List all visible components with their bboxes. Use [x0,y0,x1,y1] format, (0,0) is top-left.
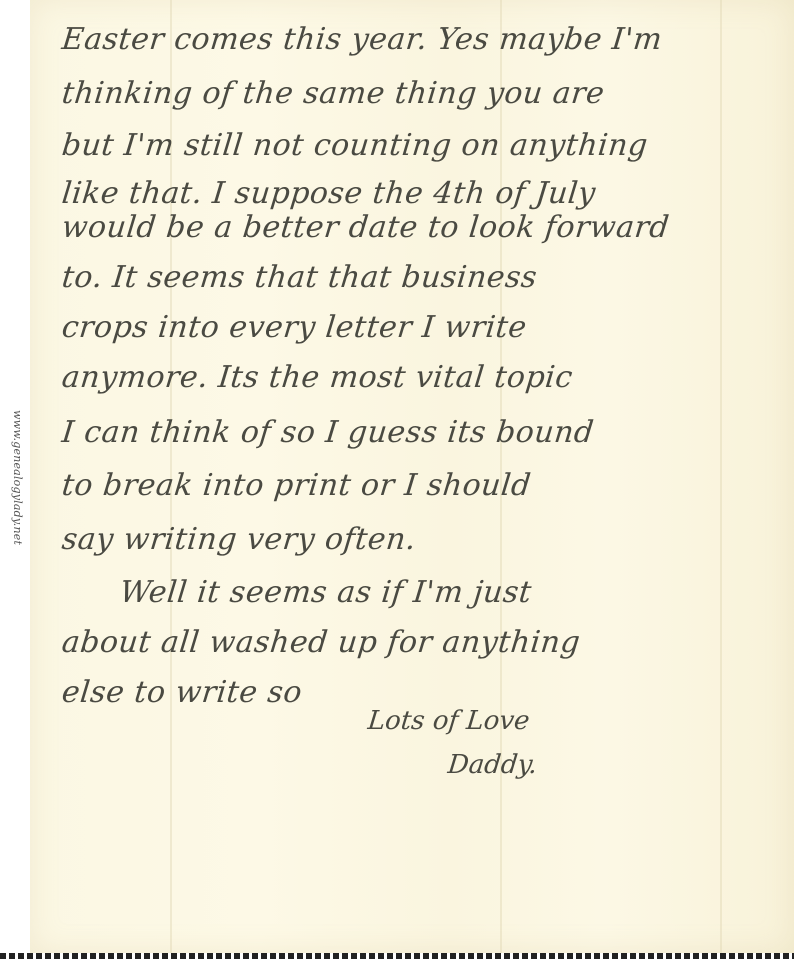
letter-line: to break into print or I should [60,468,533,503]
letter-line: about all washed up for anything [60,625,582,660]
watermark-text: www.genealogylady.net [4,410,24,560]
closing-salutation: Lots of Love [366,706,531,736]
letter-line: anymore. Its the most vital topic [60,360,574,395]
letter-line: thinking of the same thing you are [60,76,606,111]
letter-line: Easter comes this year. Yes maybe I'm [60,22,664,57]
letter-line: to. It seems that that business [60,260,539,295]
letter-line: I can think of so I guess its bound [60,415,596,450]
paper-fold [720,0,722,953]
letter-line: like that. I suppose the 4th of July [60,176,597,211]
letter-line: but I'm still not counting on anything [60,128,649,163]
scan-bottom-edge [0,953,794,959]
letter-line: crops into every letter I write [60,310,528,345]
signature: Daddy. [446,750,538,780]
letter-line: Well it seems as if I'm just [118,575,533,610]
letter-line: say writing very often. [60,522,418,557]
letter-line: else to write so [60,675,304,710]
letter-line: would be a better date to look forward [60,210,671,245]
